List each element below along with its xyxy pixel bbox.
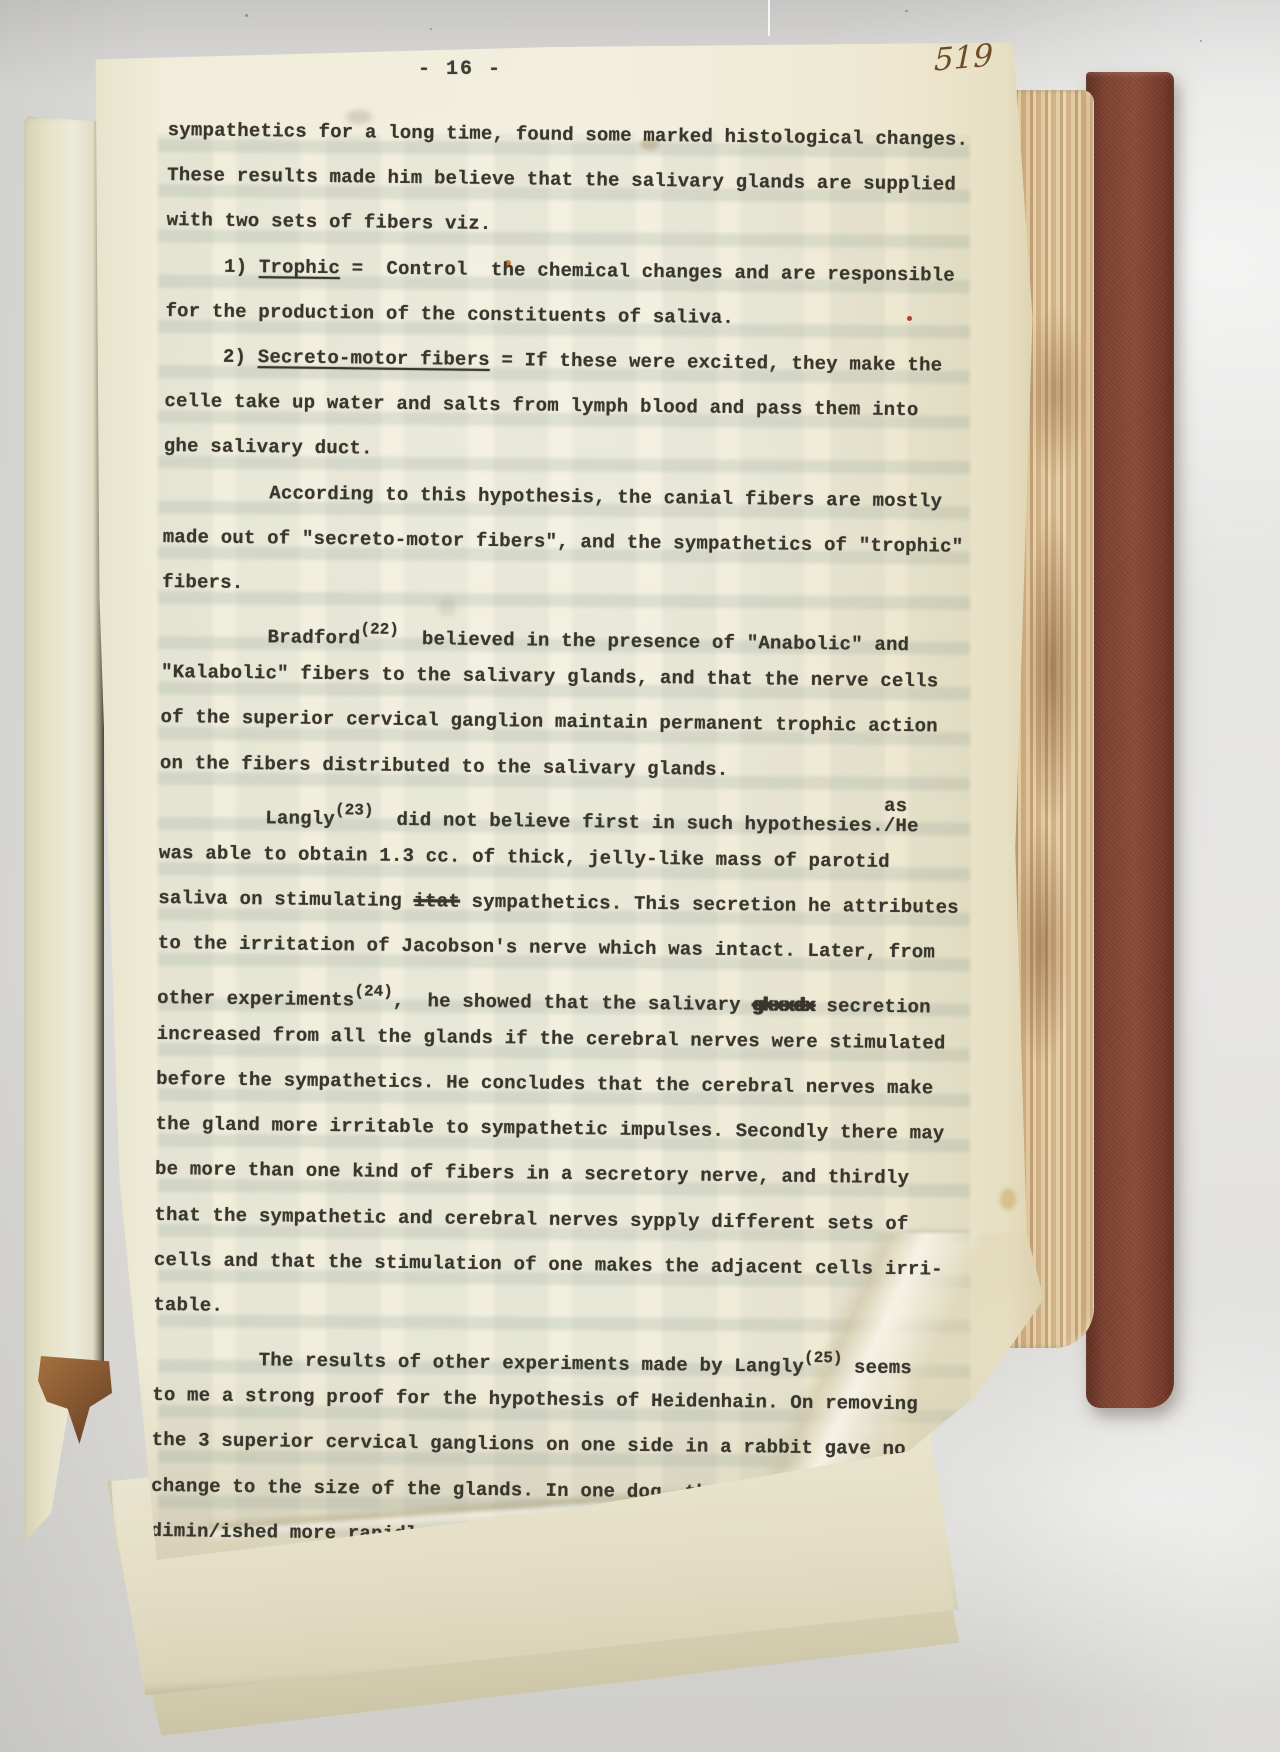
typed-segment-strike: itat bbox=[413, 890, 460, 913]
typed-segment: to me a strong proof for the hypothesis … bbox=[152, 1384, 918, 1415]
typed-segment: = Control the chemical changes and are r… bbox=[340, 257, 955, 287]
typed-segment: = If these were excited, they make the bbox=[490, 349, 943, 377]
typed-segment: before the sympathetics. He concludes th… bbox=[156, 1068, 934, 1099]
dust-speck bbox=[430, 28, 432, 30]
typed-segment: sympathetics for a long time, found some… bbox=[168, 119, 969, 151]
typed-segment: Langly bbox=[265, 807, 335, 830]
typed-segment: increased from all the glands if the cer… bbox=[157, 1023, 946, 1055]
typed-segment: was able to obtain 1.3 cc. of thick, jel… bbox=[159, 842, 890, 873]
document-page: 519 - 16 - sympathetics for a long time,… bbox=[88, 38, 1044, 1566]
dust-speck bbox=[1200, 40, 1202, 42]
typed-segment: saliva on stimulating bbox=[158, 887, 413, 912]
book-cover bbox=[1086, 72, 1174, 1408]
typed-segment: "Kalabolic" fibers to the salivary gland… bbox=[161, 661, 939, 692]
typed-segment: did not believe first in such hypothesie… bbox=[373, 808, 884, 836]
typed-page-number: - 16 - bbox=[418, 58, 502, 81]
typed-segment: on the fibers distributed to the salivar… bbox=[160, 752, 729, 781]
typed-text-block: sympathetics for a long time, found some… bbox=[150, 108, 1004, 1564]
typed-segment: the 3 superior cervical ganglions on one… bbox=[152, 1429, 906, 1460]
handwritten-folio-number: 519 bbox=[934, 37, 994, 78]
stain bbox=[1000, 1188, 1016, 1210]
typed-segment: secretion bbox=[815, 995, 931, 1018]
typed-segment: made out of "secreto-motor fibers", and … bbox=[163, 526, 964, 558]
typed-segment: table. bbox=[153, 1294, 223, 1317]
typed-segment: cells and that the stimulation of one ma… bbox=[154, 1249, 943, 1281]
dust-speck bbox=[245, 14, 248, 17]
typed-segment-sup: (22) bbox=[360, 620, 399, 638]
typed-segment: fibers. bbox=[162, 571, 243, 594]
typed-segment-sup: (24) bbox=[354, 982, 393, 1000]
photo-scene: 519 - 16 - sympathetics for a long time,… bbox=[0, 0, 1280, 1752]
typed-segment: that the sympathetic and cerebral nerves… bbox=[154, 1203, 908, 1234]
typed-segment: 2) bbox=[223, 346, 258, 368]
typed-segment-u: Secreto-motor fibers bbox=[258, 346, 490, 371]
typed-segment: for the production of the constituents o… bbox=[165, 300, 734, 329]
typed-segment-sup: (23) bbox=[335, 801, 374, 819]
typed-segment: According to this hypothesis, the canial… bbox=[269, 482, 942, 512]
typed-segment: 1) bbox=[224, 255, 259, 277]
typed-segment: of the superior cervical ganglion mainta… bbox=[160, 706, 938, 737]
typed-segment: celle take up water and salts from lymph… bbox=[164, 390, 918, 421]
typed-segment: , he showed that the salivary bbox=[393, 989, 753, 1015]
typed-segment: with two sets of fibers viz. bbox=[166, 209, 491, 235]
typed-segment: The results of other experiments made by… bbox=[259, 1349, 805, 1378]
photo-scratch bbox=[768, 0, 770, 36]
typed-segment: sympathetics. This secretion he attribut… bbox=[460, 891, 959, 919]
typed-segment: believed in the presence of "Anabolic" a… bbox=[399, 628, 910, 656]
left-page-edge bbox=[24, 116, 104, 1564]
typed-segment-blot: gkxxdx bbox=[752, 994, 815, 1017]
typed-segment: other experiments bbox=[157, 986, 354, 1010]
typed-segment: /He bbox=[884, 815, 919, 837]
dust-speck bbox=[905, 10, 908, 12]
typed-segment: seems bbox=[842, 1356, 912, 1379]
typed-segment: These results made him believe that the … bbox=[167, 164, 956, 196]
typed-segment: to the irritation of Jacobson's nerve wh… bbox=[158, 932, 936, 963]
typed-segment-u: Trophic bbox=[259, 256, 340, 279]
typed-segment: Bradford bbox=[267, 626, 360, 649]
typed-segment: be more than one kind of fibers in a sec… bbox=[155, 1158, 909, 1189]
typed-segment: the gland more irritable to sympathetic … bbox=[155, 1113, 944, 1145]
typed-segment-sup: (25) bbox=[804, 1349, 843, 1367]
typed-segment: ghe salivary duct. bbox=[164, 435, 373, 460]
